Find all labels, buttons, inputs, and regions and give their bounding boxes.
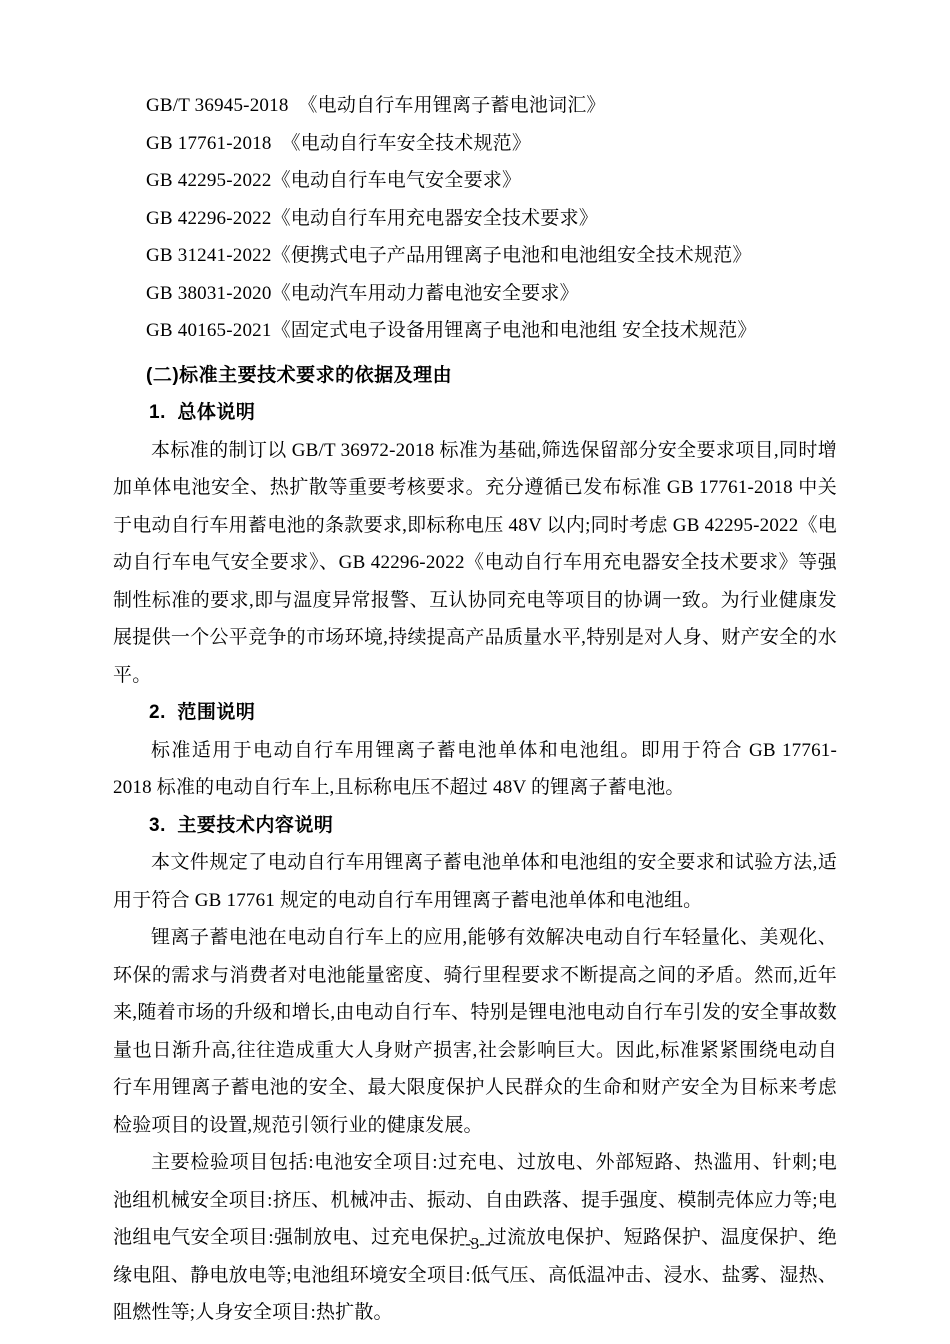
- document-page: GB/T 36945-2018 《电动自行车用锂离子蓄电池词汇》 GB 1776…: [0, 0, 950, 1344]
- page-number-footer: --3--: [0, 1231, 950, 1257]
- subsection-heading-scope-description: 2. 范围说明: [113, 694, 837, 732]
- paragraph-scope-description: 标准适用于电动自行车用锂离子蓄电池单体和电池组。即用于符合 GB 17761-2…: [113, 732, 837, 807]
- document-body: GB/T 36945-2018 《电动自行车用锂离子蓄电池词汇》 GB 1776…: [113, 87, 837, 1332]
- paragraph-technical-content-scope: 本文件规定了电动自行车用锂离子蓄电池单体和电池组的安全要求和试验方法,适用于符合…: [113, 844, 837, 919]
- subsection-heading-general-description: 1. 总体说明: [113, 394, 837, 432]
- reference-standard-item: GB 42296-2022《电动自行车用充电器安全技术要求》: [113, 200, 837, 238]
- paragraph-general-description: 本标准的制订以 GB/T 36972-2018 标准为基础,筛选保留部分安全要求…: [113, 432, 837, 695]
- paragraph-industry-background: 锂离子蓄电池在电动自行车上的应用,能够有效解决电动自行车轻量化、美观化、环保的需…: [113, 919, 837, 1144]
- subsection-heading-main-technical-content: 3. 主要技术内容说明: [113, 807, 837, 845]
- reference-standard-item: GB 31241-2022《便携式电子产品用锂离子电池和电池组安全技术规范》: [113, 237, 837, 275]
- reference-standard-item: GB 38031-2020《电动汽车用动力蓄电池安全要求》: [113, 275, 837, 313]
- reference-standard-item: GB/T 36945-2018 《电动自行车用锂离子蓄电池词汇》: [113, 87, 837, 125]
- reference-standard-item: GB 40165-2021《固定式电子设备用锂离子电池和电池组 安全技术规范》: [113, 312, 837, 350]
- reference-standard-item: GB 17761-2018 《电动自行车安全技术规范》: [113, 125, 837, 163]
- reference-standard-item: GB 42295-2022《电动自行车电气安全要求》: [113, 162, 837, 200]
- section-heading-basis-and-reasons: (二)标准主要技术要求的依据及理由: [113, 357, 837, 395]
